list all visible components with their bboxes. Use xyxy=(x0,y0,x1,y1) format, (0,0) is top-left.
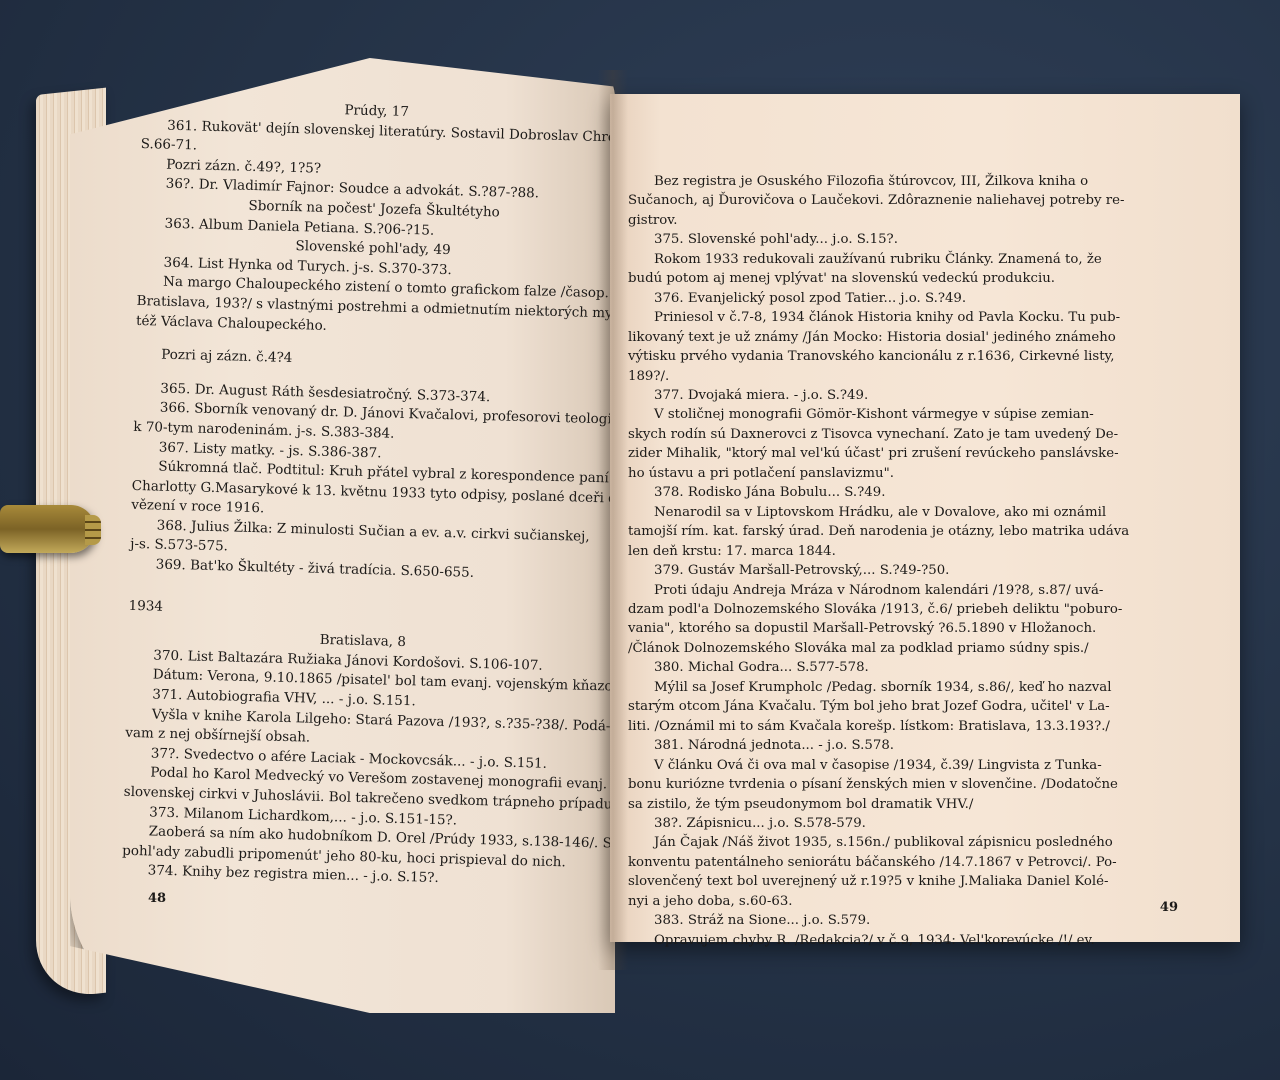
text-line: vania", ktorého sa dopustil Maršall-Petr… xyxy=(628,619,1188,638)
text-line: likovaný text je už známy /Ján Mocko: Hi… xyxy=(628,328,1188,347)
text-line: zider Mihalik, "ktorý mal vel'kú účast' … xyxy=(628,444,1188,463)
text-line: konventu patentálneho seniorátu báčanské… xyxy=(628,853,1188,872)
text-line: Opravujem chyby R. /Redakcia?/ v č.9, 19… xyxy=(628,931,1188,950)
text-line: V článku Ová či ova mal v časopise /1934… xyxy=(628,756,1188,775)
text-line: 381. Národná jednota... - j.o. S.578. xyxy=(628,736,1188,755)
text-line: 380. Michal Godra... S.577-578. xyxy=(628,658,1188,677)
text-line: skych rodín sú Daxnerovci z Tisovca vyne… xyxy=(628,425,1188,444)
text-line: Priniesol v č.7-8, 1934 článok Historia … xyxy=(628,308,1188,327)
text-line: Rokom 1933 redukovali zaužívanú rubriku … xyxy=(628,250,1188,269)
text-line: budú potom aj menej vplývat' na slovensk… xyxy=(628,269,1188,288)
text-line: 376. Evanjelický posol zpod Tatier... j.… xyxy=(628,289,1188,308)
right-page: Bez registra je Osuského Filozofia štúro… xyxy=(610,94,1240,942)
text-line: 375. Slovenské pohl'ady... j.o. S.15?. xyxy=(628,230,1188,249)
text-line: Sučanoch, aj Ďurovičova o Laučekovi. Zdô… xyxy=(628,191,1188,210)
text-line: len deň krstu: 17. marca 1844. xyxy=(628,542,1188,561)
text-line: 189?/. xyxy=(628,367,1188,386)
text-line: gistrov. xyxy=(628,211,1188,230)
text-line: Mýlil sa Josef Krumpholc /Pedag. sborník… xyxy=(628,678,1188,697)
text-line: Nenarodil sa v Liptovskom Hrádku, ale v … xyxy=(628,503,1188,522)
text-line: slovenčený text bol uverejnený už r.19?5… xyxy=(628,872,1188,891)
text-line: nyi a jeho doba, s.60-63. xyxy=(628,892,1188,911)
text-line: bonu kuriózne tvrdenia o písaní ženských… xyxy=(628,775,1188,794)
right-page-number: 49 xyxy=(1160,900,1178,915)
text-line: 378. Rodisko Jána Bobulu... S.?49. xyxy=(628,483,1188,502)
brass-hand-clip-icon xyxy=(0,505,95,553)
open-book: Prúdy, 17361. Rukovät' dejín slovenskej … xyxy=(0,0,1280,1080)
text-line: dzam podl'a Dolnozemského Slováka /1913,… xyxy=(628,600,1188,619)
text-line: tamojší rím. kat. farský úrad. Deň narod… xyxy=(628,522,1188,541)
text-line: ho ústavu a pri potlačení panslavizmu". xyxy=(628,464,1188,483)
right-page-text: Bez registra je Osuského Filozofia štúro… xyxy=(628,172,1188,950)
text-line: 383. Stráž na Sione... j.o. S.579. xyxy=(628,911,1188,930)
text-line: 377. Dvojaká miera. - j.o. S.?49. xyxy=(628,386,1188,405)
text-line: sa zistilo, že tým pseudonymom bol drama… xyxy=(628,795,1188,814)
text-line: liti. /Oznámil mi to sám Kvačala korešp.… xyxy=(628,717,1188,736)
text-line: 379. Gustáv Maršall-Petrovský,... S.?49-… xyxy=(628,561,1188,580)
text-line: Bez registra je Osuského Filozofia štúro… xyxy=(628,172,1188,191)
year-heading: 1934 xyxy=(128,596,598,628)
left-page-number: 48 xyxy=(148,891,166,906)
text-line: Proti údaju Andreja Mráza v Národnom kal… xyxy=(628,581,1188,600)
text-line: výtisku prvého vydania Tranovského kanci… xyxy=(628,347,1188,366)
text-line: starým otcom Jána Kvačalu. Tým bol jeho … xyxy=(628,697,1188,716)
text-line: 38?. Zápisnicu... j.o. S.578-579. xyxy=(628,814,1188,833)
left-page-text: Prúdy, 17361. Rukovät' dejín slovenskej … xyxy=(121,96,611,893)
left-page: Prúdy, 17361. Rukovät' dejín slovenskej … xyxy=(70,58,615,1013)
text-line: V stoličnej monografii Gömör-Kishont vár… xyxy=(628,405,1188,424)
text-line: /Článok Dolnozemského Slováka mal za pod… xyxy=(628,639,1188,658)
text-line: Ján Čajak /Náš život 1935, s.156n./ publ… xyxy=(628,833,1188,852)
